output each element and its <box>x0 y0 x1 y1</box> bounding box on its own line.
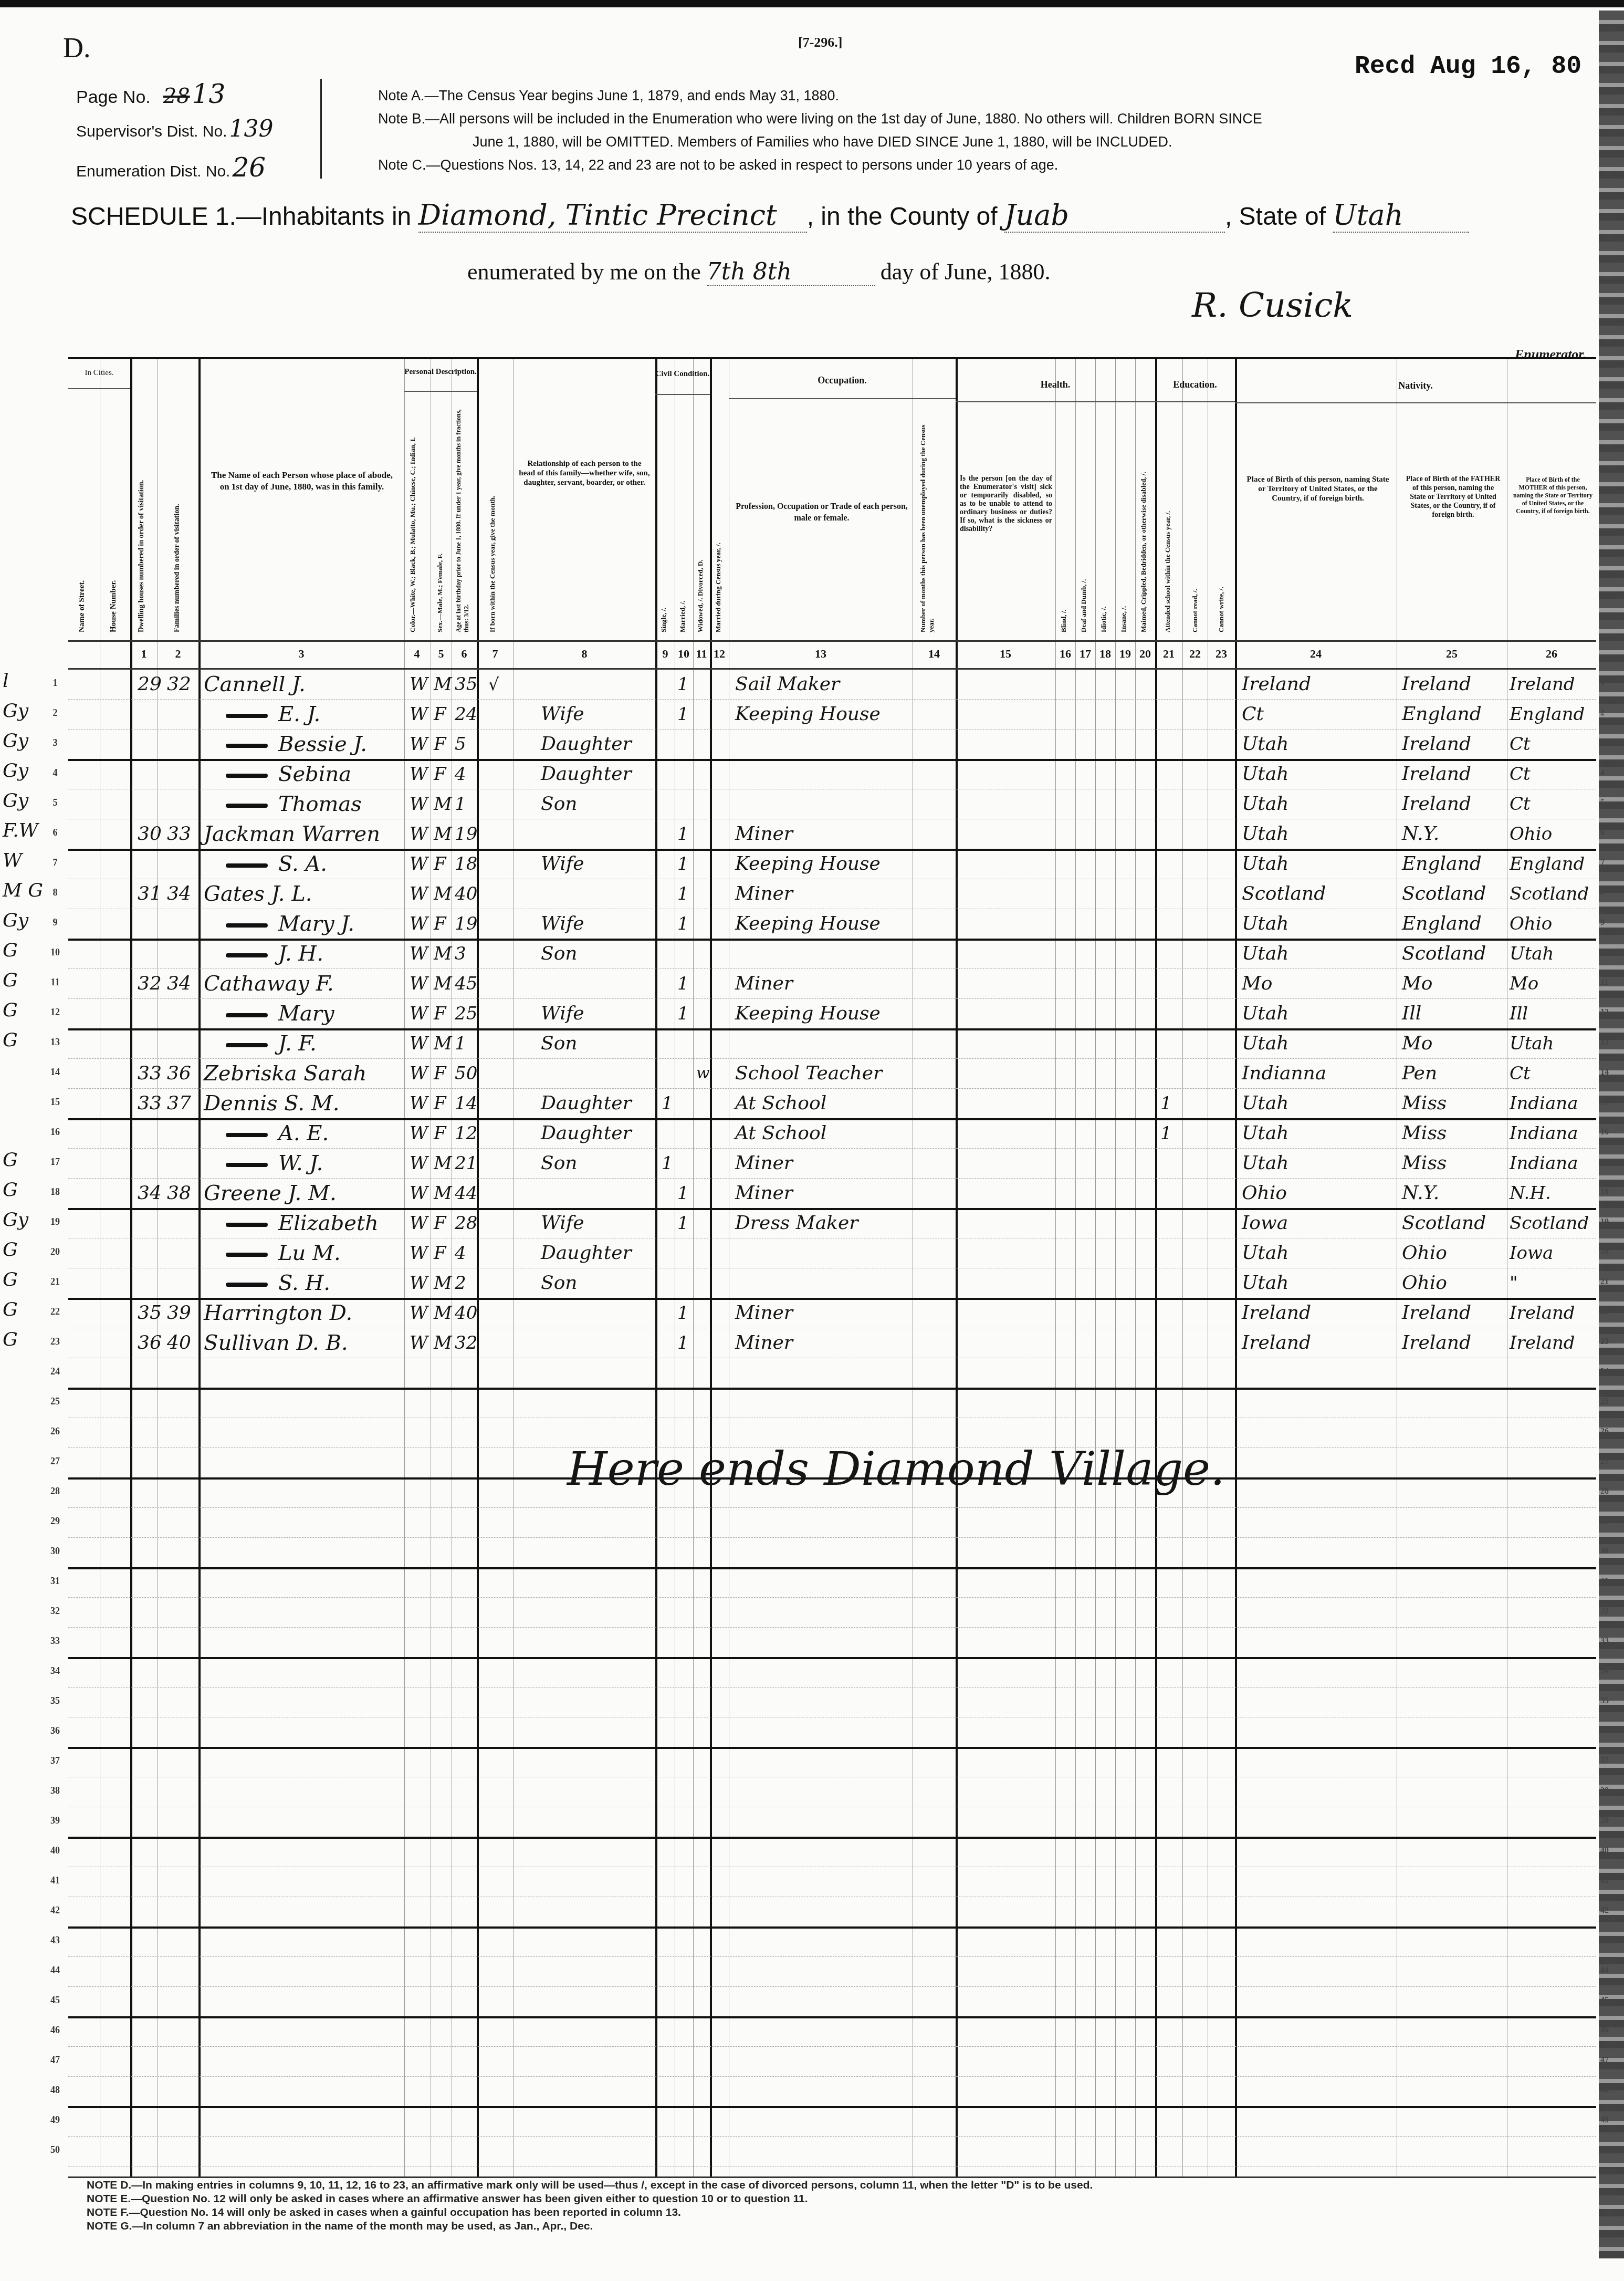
row-number-right: 8 <box>1600 888 1605 898</box>
birthplace: Utah <box>1242 1001 1288 1027</box>
row-number: 35 <box>47 1695 63 1706</box>
row-number: 34 <box>47 1665 63 1676</box>
mother-birthplace: N.H. <box>1510 1180 1551 1206</box>
row-number: 29 <box>47 1516 63 1527</box>
header-occupation: Occupation. <box>729 375 956 386</box>
row-number: 21 <box>47 1276 63 1287</box>
ditto-dash <box>226 1163 268 1167</box>
row-number-right: 37 <box>1600 1756 1609 1766</box>
occupation: Miner <box>735 1180 793 1206</box>
birthplace: Utah <box>1242 1030 1288 1057</box>
occupation: Miner <box>735 1300 793 1326</box>
birthplace: Utah <box>1242 851 1288 877</box>
margin-annotation: Gy <box>3 700 28 722</box>
father-birthplace: Mo <box>1402 1030 1433 1057</box>
header-c8: Relationship of each person to the head … <box>519 459 650 487</box>
column-number: 13 <box>813 647 829 661</box>
column-number: 17 <box>1077 647 1093 661</box>
column-number: 11 <box>694 647 709 661</box>
row-number-right: 1 <box>1600 679 1605 688</box>
dwelling-number: 34 <box>138 1180 162 1206</box>
header-divider <box>1155 401 1235 402</box>
row-number-right: 32 <box>1600 1607 1609 1616</box>
blank-table-row: 4646 <box>68 2016 1596 2047</box>
header-c22: Cannot read, /. <box>1191 554 1199 632</box>
color: W <box>410 1060 428 1087</box>
blank-table-row: 3939 <box>68 1807 1596 1839</box>
received-stamp: Recd Aug 16, 80 <box>1355 53 1581 81</box>
relationship: Wife <box>541 911 584 937</box>
enumeration-label: Enumeration Dist. No. <box>76 163 230 180</box>
sex: M <box>434 821 452 847</box>
form-number: [7-296.] <box>798 35 842 50</box>
row-number: 11 <box>47 977 63 988</box>
age: 25 <box>455 1001 477 1027</box>
row-number: 1 <box>47 678 63 689</box>
header-c19: Insane, /. <box>1119 580 1128 632</box>
note-f: NOTE F.—Question No. 14 will only be ask… <box>87 2206 1093 2220</box>
header-c1: Dwelling houses numbered in order of vis… <box>138 401 146 632</box>
color: W <box>410 1300 428 1326</box>
mother-birthplace: Ireland <box>1510 1330 1575 1356</box>
age: 24 <box>455 701 477 727</box>
table-row: 11l2932Cannell J.WM35√1Sail MakerIreland… <box>68 669 1596 700</box>
header-divider <box>404 391 477 392</box>
occupation: Keeping House <box>735 911 881 937</box>
schedule-title: SCHEDULE 1.—Inhabitants in Diamond, Tint… <box>71 199 1469 233</box>
row-number-right: 17 <box>1600 1158 1609 1167</box>
relationship: Son <box>541 1030 578 1057</box>
married-mark: 1 <box>677 881 689 907</box>
row-number-right: 5 <box>1600 798 1605 808</box>
age: 50 <box>455 1060 477 1087</box>
sex: F <box>434 911 446 937</box>
father-birthplace: England <box>1402 701 1482 727</box>
column-number: 9 <box>657 647 673 661</box>
header-divider <box>956 401 1155 402</box>
relationship: Wife <box>541 1210 584 1236</box>
row-number-right: 29 <box>1600 1517 1609 1526</box>
row-number-right: 47 <box>1600 2056 1609 2065</box>
birthplace: Utah <box>1242 1120 1288 1147</box>
row-number-right: 41 <box>1600 1876 1609 1886</box>
attended-school-mark: 1 <box>1160 1090 1172 1117</box>
enumerated-suffix: day of June, 1880. <box>881 259 1051 285</box>
margin-annotation: Gy <box>3 760 28 782</box>
person-name: Cathaway F. <box>204 971 334 997</box>
ditto-dash <box>226 1223 268 1227</box>
mother-birthplace: Ireland <box>1510 671 1575 697</box>
row-number-right: 35 <box>1600 1696 1609 1706</box>
row-number-right: 48 <box>1600 2086 1609 2095</box>
ditto-dash <box>226 863 268 868</box>
relationship: Son <box>541 791 578 817</box>
header-divider <box>729 398 956 399</box>
margin-annotation: G <box>3 1299 18 1320</box>
widowed-mark: w <box>696 1060 710 1087</box>
margin-annotation: M G <box>3 880 43 901</box>
row-number: 15 <box>47 1097 63 1108</box>
row-number-right: 15 <box>1600 1098 1609 1107</box>
table-row: 99GyMary J.WF19Wife1Keeping HouseUtahEng… <box>68 909 1596 941</box>
age: 19 <box>455 911 477 937</box>
row-number-right: 34 <box>1600 1667 1609 1676</box>
age: 1 <box>455 791 466 817</box>
occupation: Sail Maker <box>735 671 840 697</box>
header-c13: Profession, Occupation or Trade of each … <box>735 501 908 524</box>
table-row: 2323G3640Sullivan D. B.WM321MinerIreland… <box>68 1328 1596 1358</box>
color: W <box>410 1090 428 1117</box>
sex: F <box>434 761 446 787</box>
family-number: 34 <box>167 971 191 997</box>
occupation: Miner <box>735 1330 793 1356</box>
mother-birthplace: Indiana <box>1510 1120 1578 1147</box>
header-house: House Number. <box>109 517 118 632</box>
header-c18: Idiotic, /. <box>1099 575 1108 632</box>
father-birthplace: Ohio <box>1402 1270 1447 1296</box>
instruction-notes: Note A.—The Census Year begins June 1, 1… <box>378 84 1554 176</box>
father-birthplace: England <box>1402 911 1482 937</box>
color: W <box>410 851 428 877</box>
row-number-right: 18 <box>1600 1188 1609 1197</box>
blank-table-row: 3838 <box>68 1777 1596 1807</box>
color: W <box>410 881 428 907</box>
column-number: 14 <box>926 647 942 661</box>
color: W <box>410 1240 428 1266</box>
married-mark: 1 <box>677 911 689 937</box>
birthplace: Ohio <box>1242 1180 1287 1206</box>
birthplace: Ireland <box>1242 1300 1311 1326</box>
row-number: 41 <box>47 1875 63 1886</box>
age: 40 <box>455 881 477 907</box>
margin-annotation: Gy <box>3 910 28 931</box>
married-mark: 1 <box>677 1210 689 1236</box>
header-c3: The Name of each Person whose place of a… <box>210 470 394 493</box>
table-row: 2020GLu M.WF4DaughterUtahOhioIowa <box>68 1238 1596 1268</box>
margin-annotation: Gy <box>3 730 28 752</box>
family-number: 38 <box>167 1180 191 1206</box>
row-number: 26 <box>47 1426 63 1437</box>
birthplace: Ireland <box>1242 671 1311 697</box>
person-name: Harrington D. <box>204 1300 352 1326</box>
row-number: 47 <box>47 2055 63 2066</box>
row-number: 6 <box>47 827 63 838</box>
row-number: 30 <box>47 1546 63 1557</box>
dwelling-number: 31 <box>138 881 162 907</box>
sex: M <box>434 971 452 997</box>
mother-birthplace: Mo <box>1510 971 1538 997</box>
row-number-right: 4 <box>1600 768 1605 778</box>
margin-annotation: F.W <box>3 820 38 841</box>
age: 45 <box>455 971 477 997</box>
row-number-right: 7 <box>1600 858 1605 868</box>
note-b: Note B.—All persons will be included in … <box>378 107 1554 130</box>
sex: F <box>434 1001 446 1027</box>
table-row: 22GyE. J.WF24Wife1Keeping HouseCtEngland… <box>68 699 1596 730</box>
sex: M <box>434 941 452 967</box>
header-c26: Place of Birth of the MOTHER of this per… <box>1512 476 1594 515</box>
state-label: , State of <box>1225 203 1326 231</box>
schedule-state: Utah <box>1333 199 1469 233</box>
person-name: S. A. <box>226 851 327 877</box>
form-letter: D. <box>63 32 91 64</box>
header-c20: Maimed, Crippled, Bedridden, or otherwis… <box>1139 407 1148 632</box>
row-number-right: 24 <box>1600 1367 1609 1377</box>
sex: M <box>434 791 452 817</box>
row-number: 12 <box>47 1007 63 1018</box>
birthplace: Utah <box>1242 761 1288 787</box>
row-number: 45 <box>47 1995 63 2006</box>
sex: M <box>434 1030 452 1057</box>
color: W <box>410 1120 428 1147</box>
sex: F <box>434 701 446 727</box>
row-number: 42 <box>47 1905 63 1916</box>
birthplace: Utah <box>1242 1090 1288 1117</box>
ditto-dash <box>226 744 268 748</box>
father-birthplace: Scotland <box>1402 881 1486 907</box>
blank-table-row: 3636 <box>68 1717 1596 1749</box>
occupation: Keeping House <box>735 701 881 727</box>
header-c4: Color.—White, W.; Black, B.; Mulatto, Mu… <box>408 396 426 632</box>
header-c7: If born within the Census year, give the… <box>488 417 497 632</box>
blank-table-row: 3333 <box>68 1627 1596 1659</box>
blank-table-row: 3535 <box>68 1687 1596 1717</box>
occupation: School Teacher <box>735 1060 882 1087</box>
supervisor-district-field: Supervisor's Dist. No. 139 <box>76 116 273 142</box>
color: W <box>410 671 428 697</box>
blank-table-row: 4949 <box>68 2106 1596 2137</box>
father-birthplace: Ill <box>1402 1001 1421 1027</box>
age: 21 <box>455 1150 477 1176</box>
enumeration-district-field: Enumeration Dist. No. 26 <box>76 152 266 183</box>
row-number: 36 <box>47 1725 63 1736</box>
age: 14 <box>455 1090 477 1117</box>
enumeration-date-line: enumerated by me on the 7th 8th day of J… <box>467 258 1051 286</box>
married-mark: 1 <box>677 971 689 997</box>
age: 44 <box>455 1180 477 1206</box>
mother-birthplace: Scotland <box>1510 1210 1589 1236</box>
color: W <box>410 1330 428 1356</box>
sex: M <box>434 1270 452 1296</box>
row-number-right: 20 <box>1600 1247 1609 1257</box>
relationship: Daughter <box>541 1240 632 1266</box>
enumerator-signature: R. Cusick <box>1192 286 1353 325</box>
age: 4 <box>455 1240 466 1266</box>
mother-birthplace: Ill <box>1510 1001 1528 1027</box>
color: W <box>410 1030 428 1057</box>
blank-table-row: 3030 <box>68 1537 1596 1569</box>
table-row: 77WS. A.WF18Wife1Keeping HouseUtahEnglan… <box>68 849 1596 879</box>
row-number: 3 <box>47 737 63 748</box>
occupation: Miner <box>735 971 793 997</box>
row-number-right: 40 <box>1600 1846 1609 1856</box>
family-number: 34 <box>167 881 191 907</box>
row-number-right: 42 <box>1600 1906 1609 1915</box>
ditto-dash <box>226 1283 268 1287</box>
row-number: 13 <box>47 1037 63 1048</box>
row-number: 27 <box>47 1456 63 1467</box>
birthplace: Scotland <box>1242 881 1326 907</box>
row-number: 10 <box>47 947 63 958</box>
father-birthplace: Miss <box>1402 1090 1447 1117</box>
row-number-right: 23 <box>1600 1337 1609 1347</box>
ditto-dash <box>226 923 268 928</box>
father-birthplace: Pen <box>1402 1060 1437 1087</box>
table-row: 1717GW. J.WM21Son1MinerUtahMissIndiana <box>68 1148 1596 1179</box>
header-education: Education. <box>1155 379 1235 390</box>
header-c11: Widowed, /. Divorced, D. <box>696 496 705 632</box>
occupation: At School <box>735 1120 826 1147</box>
table-row: 1919GyElizabethWF28Wife1Dress MakerIowaS… <box>68 1208 1596 1238</box>
table-row: 33GyBessie J.WF5DaughterUtahIrelandCt <box>68 729 1596 761</box>
row-number: 33 <box>47 1636 63 1647</box>
header-civil: Civil Condition. <box>655 370 710 379</box>
row-number: 48 <box>47 2085 63 2096</box>
margin-annotation: G <box>3 940 18 961</box>
occupation: At School <box>735 1090 826 1117</box>
father-birthplace: Mo <box>1402 971 1433 997</box>
blank-table-row: 4242 <box>68 1897 1596 1929</box>
census-table: In Cities. Personal Description. Civil C… <box>68 357 1596 2178</box>
header-c17: Deaf and Dumb, /. <box>1080 538 1088 632</box>
row-number: 2 <box>47 707 63 718</box>
column-number: 22 <box>1187 647 1203 661</box>
header-nativity: Nativity. <box>1235 380 1596 391</box>
row-number-right: 13 <box>1600 1038 1609 1047</box>
person-name: W. J. <box>226 1150 323 1176</box>
row-number: 28 <box>47 1486 63 1497</box>
relationship: Wife <box>541 701 584 727</box>
dwelling-number: 35 <box>138 1300 162 1326</box>
column-number: 1 <box>136 647 152 661</box>
schedule-county: Juab <box>1004 199 1225 233</box>
row-number-right: 9 <box>1600 918 1605 928</box>
person-name: Gates J. L. <box>204 881 312 907</box>
person-name: Dennis S. M. <box>204 1090 339 1117</box>
sex: F <box>434 1060 446 1087</box>
enumerated-prefix: enumerated by me on the <box>467 259 701 285</box>
sex: M <box>434 1330 452 1356</box>
color: W <box>410 971 428 997</box>
header-c10: Married, /. <box>678 554 687 632</box>
person-name: Zebriska Sarah <box>204 1060 366 1087</box>
meta-brace <box>315 79 322 179</box>
note-e: NOTE E.—Question No. 12 will only be ask… <box>87 2192 1093 2206</box>
father-birthplace: Scotland <box>1402 1210 1486 1236</box>
column-number: 16 <box>1057 647 1073 661</box>
row-number-right: 31 <box>1600 1577 1609 1586</box>
row-number-right: 50 <box>1600 2145 1609 2155</box>
person-name: Greene J. M. <box>204 1180 337 1206</box>
birthplace: Utah <box>1242 731 1288 757</box>
blank-table-row: 3232 <box>68 1597 1596 1628</box>
row-number: 17 <box>47 1157 63 1168</box>
column-number: 3 <box>294 647 309 661</box>
sex: M <box>434 1150 452 1176</box>
row-number-right: 10 <box>1600 948 1609 957</box>
table-row: 55GyThomasWM1SonUtahIrelandCt <box>68 789 1596 819</box>
column-number: 4 <box>409 647 425 661</box>
header-c9: Single, /. <box>659 569 668 632</box>
table-row: 2222G3539Harrington D.WM401MinerIrelandI… <box>68 1298 1596 1328</box>
occupation: Keeping House <box>735 1001 881 1027</box>
person-name: E. J. <box>226 701 320 727</box>
row-number-right: 28 <box>1600 1487 1609 1496</box>
blank-table-row: 2929 <box>68 1507 1596 1538</box>
ditto-dash <box>226 1133 268 1137</box>
supervisor-value: 139 <box>229 116 273 142</box>
row-number-right: 22 <box>1600 1307 1609 1317</box>
relationship: Son <box>541 941 578 967</box>
column-number: 2 <box>170 647 186 661</box>
dwelling-number: 29 <box>138 671 162 697</box>
person-name: Mary <box>226 1001 334 1027</box>
mother-birthplace: Scotland <box>1510 881 1589 907</box>
family-number: 40 <box>167 1330 191 1356</box>
birthplace: Ct <box>1242 701 1264 727</box>
schedule-prefix: SCHEDULE 1.—Inhabitants in <box>71 203 411 231</box>
married-mark: 1 <box>677 1001 689 1027</box>
married-mark: 1 <box>677 851 689 877</box>
table-row: 14143336Zebriska SarahWF50wSchool Teache… <box>68 1058 1596 1089</box>
birthplace: Utah <box>1242 911 1288 937</box>
blank-table-row: 2424 <box>68 1358 1596 1390</box>
margin-annotation: G <box>3 1179 18 1201</box>
attended-school-mark: 1 <box>1160 1120 1172 1147</box>
color: W <box>410 1270 428 1296</box>
age: 32 <box>455 1330 477 1356</box>
table-row: 1616A. E.WF12DaughterAt School1UtahMissI… <box>68 1118 1596 1149</box>
row-number-right: 6 <box>1600 828 1605 838</box>
row-number-right: 14 <box>1600 1068 1609 1077</box>
occupation: Miner <box>735 1150 793 1176</box>
person-name: Sullivan D. B. <box>204 1330 348 1356</box>
sex: M <box>434 1300 452 1326</box>
sex: M <box>434 881 452 907</box>
dwelling-number: 36 <box>138 1330 162 1356</box>
ditto-dash <box>226 714 268 718</box>
married-mark: 1 <box>677 821 689 847</box>
column-number: 19 <box>1117 647 1133 661</box>
note-b-cont: June 1, 1880, will be OMITTED. Members o… <box>378 130 1554 153</box>
note-a: Note A.—The Census Year begins June 1, 1… <box>378 84 1554 107</box>
row-number: 4 <box>47 767 63 778</box>
person-name: Mary J. <box>226 911 354 937</box>
row-number-right: 21 <box>1600 1277 1609 1287</box>
color: W <box>410 1150 428 1176</box>
mother-birthplace: Ohio <box>1510 821 1552 847</box>
row-number: 18 <box>47 1186 63 1197</box>
column-number: 8 <box>577 647 592 661</box>
row-number: 40 <box>47 1845 63 1856</box>
row-number: 44 <box>47 1965 63 1976</box>
row-number-right: 36 <box>1600 1726 1609 1736</box>
header-divider <box>68 388 130 389</box>
margin-annotation: G <box>3 999 18 1021</box>
table-row: 1313GJ. F.WM1SonUtahMoUtah <box>68 1028 1596 1059</box>
mother-birthplace: Ct <box>1510 791 1531 817</box>
ditto-dash <box>226 774 268 778</box>
header-c2: Families numbered in order of visitation… <box>173 433 182 632</box>
mother-birthplace: England <box>1510 851 1585 877</box>
header-c25: Place of Birth of the FATHER of this per… <box>1405 475 1502 519</box>
row-number: 9 <box>47 917 63 928</box>
mother-birthplace: Utah <box>1510 941 1554 967</box>
married-mark: 1 <box>677 701 689 727</box>
header-c24: Place of Birth of this person, naming St… <box>1244 475 1391 503</box>
family-number: 37 <box>167 1090 191 1117</box>
header-health: Health. <box>956 379 1155 390</box>
